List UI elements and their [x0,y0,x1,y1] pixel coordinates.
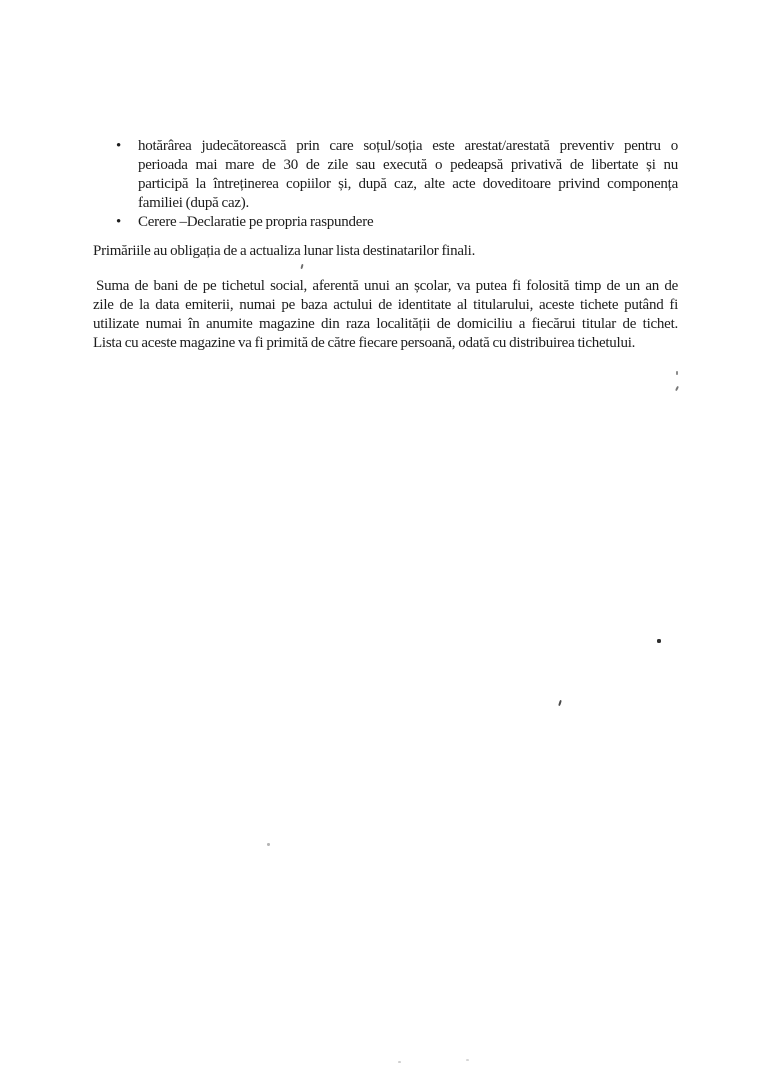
text-line: participă la întreținerea copiilor și, d… [138,175,678,194]
text-line: Primăriile au obligația de a actualiza l… [93,242,678,261]
text-line: Lista cu aceste magazine va fi primită d… [93,334,678,353]
text-line: Cerere –Declaratie pe propria raspundere [138,213,678,232]
text-line: familiei (după caz). [138,194,678,213]
scan-speck [676,371,678,375]
text-line: zile de la data emiterii, numai pe baza … [93,296,678,315]
text-line: perioada mai mare de 30 de zile sau exec… [138,156,678,175]
scan-speck [466,1059,469,1061]
scan-speck [267,843,270,846]
paragraph-ticket-usage: Suma de bani de pe tichetul social, afer… [93,277,678,353]
text-line: utilizate numai în anumite magazine din … [93,315,678,334]
bullet-item-request-declaration: • Cerere –Declaratie pe propria raspunde… [93,213,678,232]
text-line: Suma de bani de pe tichetul social, afer… [93,277,678,296]
scan-speck [675,386,679,391]
scan-speck [657,639,661,643]
bullet-dot-icon: • [116,137,126,156]
bullet-item-court-decision: • hotărârea judecătorească prin care soț… [93,137,678,213]
paragraph-town-halls-obligation: Primăriile au obligația de a actualiza l… [93,242,678,261]
document-text-block: • hotărârea judecătorească prin care soț… [93,137,678,353]
scanned-document-page: • hotărârea judecătorească prin care soț… [0,0,768,1087]
scan-speck [398,1061,401,1063]
bullet-dot-icon: • [116,213,126,232]
scan-speck [558,700,562,706]
text-line: hotărârea judecătorească prin care soțul… [138,137,678,156]
